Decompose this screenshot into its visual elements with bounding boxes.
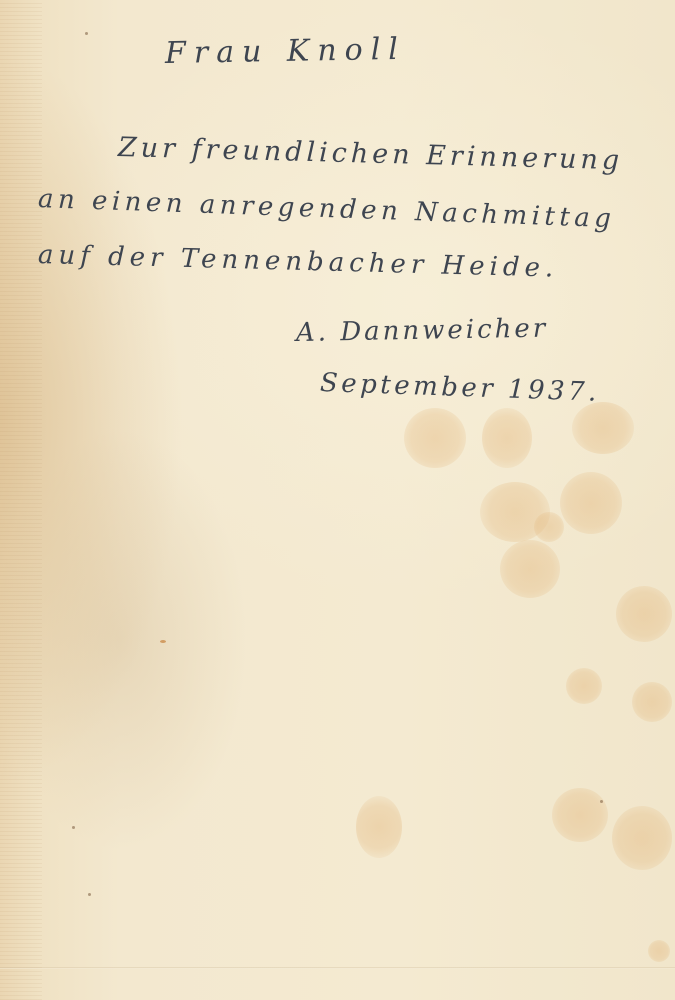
dedication-line-2: an einen anregenden Nachmittag xyxy=(37,184,616,234)
salutation: Frau Knoll xyxy=(165,32,406,71)
paper-fleck xyxy=(160,640,166,643)
foxing-stain xyxy=(534,512,564,542)
foxing-stain xyxy=(482,408,532,468)
foxing-stain xyxy=(572,402,634,454)
paper-fleck xyxy=(600,800,603,803)
foxing-stain xyxy=(612,806,672,870)
foxing-stain xyxy=(560,472,622,534)
paper-fleck xyxy=(85,32,88,35)
dedication-line-3: auf der Tennenbacher Heide. xyxy=(38,240,559,284)
paper-fleck xyxy=(72,826,75,829)
foxing-stain xyxy=(616,586,672,642)
foxing-stain xyxy=(356,796,402,858)
document-page: Frau Knoll Zur freundlichen Erinnerung a… xyxy=(0,0,675,1000)
dedication-line-1: Zur freundlichen Erinnerung xyxy=(118,132,624,176)
foxing-stain xyxy=(404,408,466,468)
foxing-stain xyxy=(566,668,602,704)
page-crease xyxy=(0,967,675,969)
foxing-stain xyxy=(648,940,670,962)
date: September 1937. xyxy=(319,368,600,408)
foxing-stain xyxy=(500,540,560,598)
foxing-stain xyxy=(632,682,672,722)
foxing-stain xyxy=(552,788,608,842)
paper-fleck xyxy=(88,893,91,896)
signature: A. Dannweicher xyxy=(296,314,549,348)
paper-binding-edge xyxy=(0,0,42,1000)
